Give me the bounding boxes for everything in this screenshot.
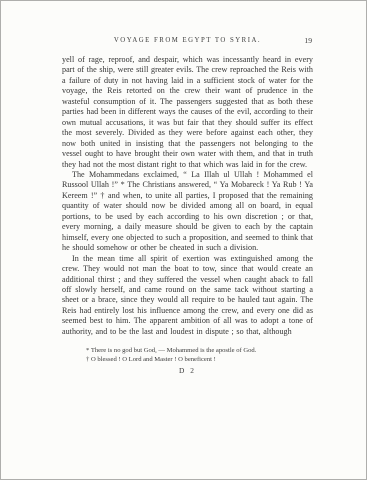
page-header: VOYAGE FROM EGYPT TO SYRIA. 19 xyxy=(62,37,313,48)
text-column: VOYAGE FROM EGYPT TO SYRIA. 19 yell of r… xyxy=(62,37,313,375)
signature-mark: D 2 xyxy=(62,366,313,375)
paragraph: The Mohammedans exclaimed, “ La Illah ul… xyxy=(62,170,313,254)
running-title: VOYAGE FROM EGYPT TO SYRIA. xyxy=(62,37,313,44)
footnote-dagger: † O blessed ! O Lord and Master ! O bene… xyxy=(86,356,307,365)
paragraph-continuation: yell of rage, reproof, and despair, whic… xyxy=(62,55,313,170)
page-number: 19 xyxy=(304,36,312,45)
footnote-asterisk: * There is no god but God, — Mohammed is… xyxy=(86,347,307,356)
footnotes: * There is no god but God, — Mohammed is… xyxy=(62,347,313,364)
paragraph: In the mean time all spirit of exertion … xyxy=(62,254,313,338)
book-page-scan: VOYAGE FROM EGYPT TO SYRIA. 19 yell of r… xyxy=(0,0,367,480)
body-text: yell of rage, reproof, and despair, whic… xyxy=(62,55,313,337)
